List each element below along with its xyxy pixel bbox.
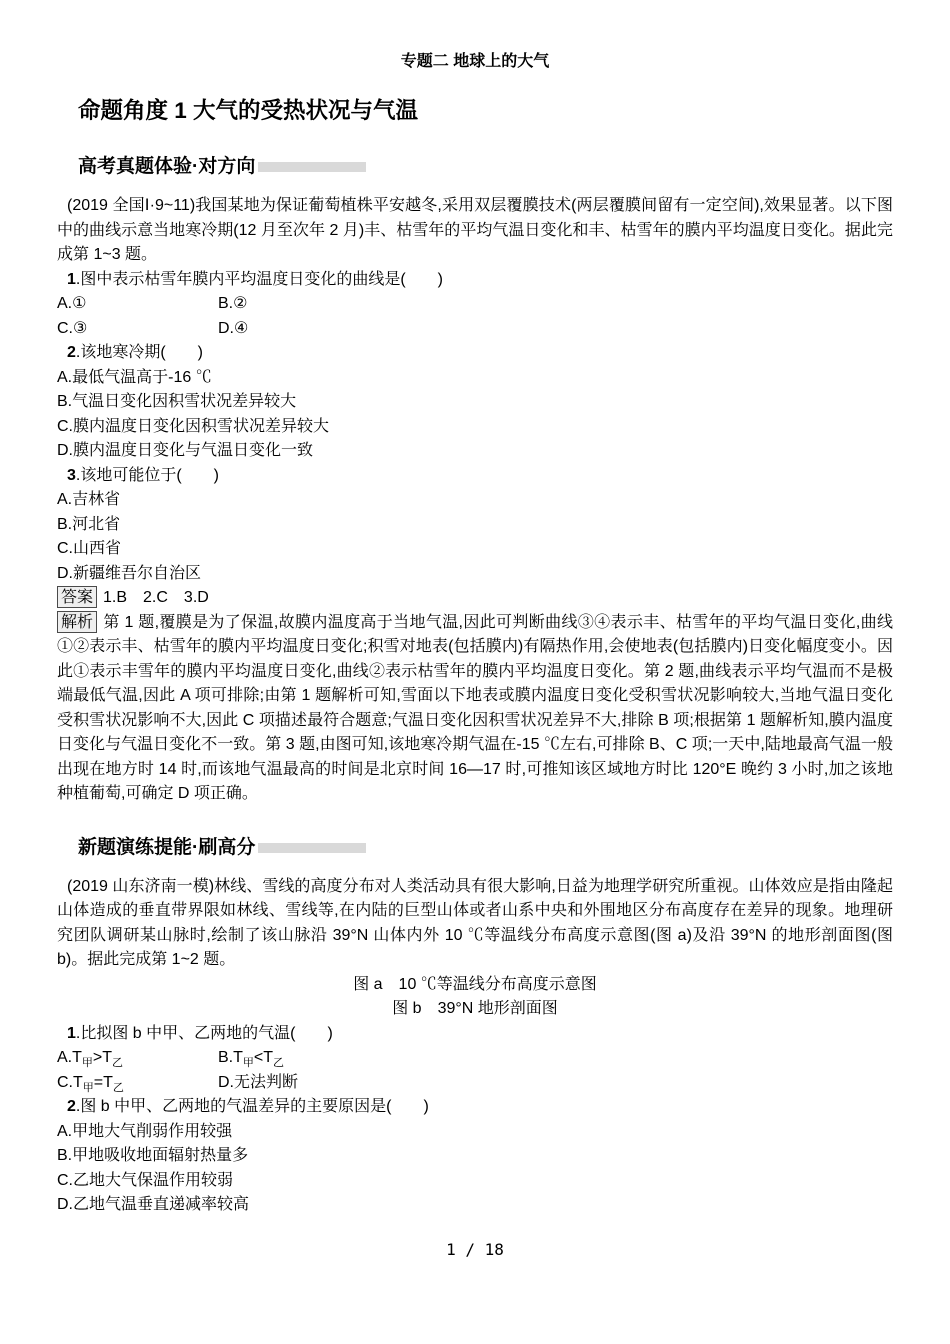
option-b: B.T甲<T乙 [218, 1049, 284, 1066]
question-stem: .该地寒冷期( ) [76, 344, 203, 361]
document-page: 专题二 地球上的大气 命题角度 1 大气的受热状况与气温 高考真题体验·对方向 … [0, 0, 950, 1344]
answer-values: 1.B 2.C 3.D [103, 589, 209, 606]
page-title: 命题角度 1 大气的受热状况与气温 [78, 96, 893, 126]
option-d: D.新疆维吾尔自治区 [57, 562, 893, 587]
figure-a-caption: 图 a 10 ℃等温线分布高度示意图 [57, 973, 893, 998]
question-number: 1 [67, 1025, 76, 1042]
section2-heading: 新题演练提能·刷高分 [78, 835, 893, 861]
answer-line: 答案1.B 2.C 3.D [57, 586, 893, 611]
question-number: 1 [67, 271, 76, 288]
section-heading-bar [258, 162, 366, 172]
option-c: C.山西省 [57, 537, 893, 562]
option-c: C.T甲=T乙 [57, 1071, 218, 1096]
analysis-paragraph: 解析第 1 题,覆膜是为了保温,故膜内温度高于当地气温,因此可判断曲线③④表示丰… [57, 611, 893, 807]
option-d: D.无法判断 [218, 1074, 298, 1091]
page-number: 1 / 18 [0, 1240, 950, 1260]
s1-question-2: 2.该地寒冷期( ) [57, 341, 893, 366]
analysis-text: 第 1 题,覆膜是为了保温,故膜内温度高于当地气温,因此可判断曲线③④表示丰、枯… [57, 614, 893, 803]
option-b: B.② [218, 295, 247, 312]
question-stem: .图中表示枯雪年膜内平均温度日变化的曲线是( ) [76, 271, 443, 288]
s2-q1-options-row-1: A.T甲>T乙B.T甲<T乙 [57, 1046, 893, 1071]
option-a: A.吉林省 [57, 488, 893, 513]
answer-label-box: 答案 [57, 586, 97, 608]
s2-q1-options-row-2: C.T甲=T乙D.无法判断 [57, 1071, 893, 1096]
subscript-yi: 乙 [112, 1057, 123, 1069]
subscript-yi: 乙 [273, 1057, 284, 1069]
option-b: B.甲地吸收地面辐射热量多 [57, 1144, 893, 1169]
option-d: D.膜内温度日变化与气温日变化一致 [57, 439, 893, 464]
subscript-jia: 甲 [82, 1057, 93, 1069]
question-number: 3 [67, 467, 76, 484]
option-c: C.乙地大气保温作用较弱 [57, 1169, 893, 1194]
subscript-yi: 乙 [113, 1082, 124, 1094]
option-c: C.膜内温度日变化因积雪状况差异较大 [57, 415, 893, 440]
option-a: A.最低气温高于-16 ℃ [57, 366, 893, 391]
question-number: 2 [67, 344, 76, 361]
question-stem: .比拟图 b 中甲、乙两地的气温( ) [76, 1025, 333, 1042]
subscript-jia: 甲 [243, 1057, 254, 1069]
section1-heading-label: 高考真题体验·对方向 [78, 154, 255, 180]
s1-question-3: 3.该地可能位于( ) [57, 464, 893, 489]
figure-b-caption: 图 b 39°N 地形剖面图 [57, 997, 893, 1022]
s1-q1-options-row-2: C.③D.④ [57, 317, 893, 342]
option-c: C.③ [57, 317, 218, 342]
s2-question-1: 1.比拟图 b 中甲、乙两地的气温( ) [57, 1022, 893, 1047]
option-b: B.气温日变化因积雪状况差异较大 [57, 390, 893, 415]
option-b: B.河北省 [57, 513, 893, 538]
doc-header-title: 专题二 地球上的大气 [57, 52, 893, 72]
option-d: D.乙地气温垂直递减率较高 [57, 1193, 893, 1218]
option-a: A.甲地大气削弱作用较强 [57, 1120, 893, 1145]
s2-question-2: 2.图 b 中甲、乙两地的气温差异的主要原因是( ) [57, 1095, 893, 1120]
question-stem: .图 b 中甲、乙两地的气温差异的主要原因是( ) [76, 1098, 429, 1115]
section2-intro-paragraph: (2019 山东济南一模)林线、雪线的高度分布对人类活动具有很大影响,日益为地理… [57, 875, 893, 973]
option-d: D.④ [218, 320, 248, 337]
section1-intro-paragraph: (2019 全国Ⅰ·9~11)我国某地为保证葡萄植株平安越冬,采用双层覆膜技术(… [57, 194, 893, 268]
question-stem: .该地可能位于( ) [76, 467, 219, 484]
analysis-label-box: 解析 [57, 611, 97, 633]
s1-q1-options-row-1: A.①B.② [57, 292, 893, 317]
subscript-jia: 甲 [83, 1082, 94, 1094]
s1-question-1: 1.图中表示枯雪年膜内平均温度日变化的曲线是( ) [57, 268, 893, 293]
option-a: A.T甲>T乙 [57, 1046, 218, 1071]
option-a: A.① [57, 292, 218, 317]
section-heading-bar [258, 843, 366, 853]
section1-heading: 高考真题体验·对方向 [78, 154, 893, 180]
section2-heading-label: 新题演练提能·刷高分 [78, 835, 255, 861]
question-number: 2 [67, 1098, 76, 1115]
